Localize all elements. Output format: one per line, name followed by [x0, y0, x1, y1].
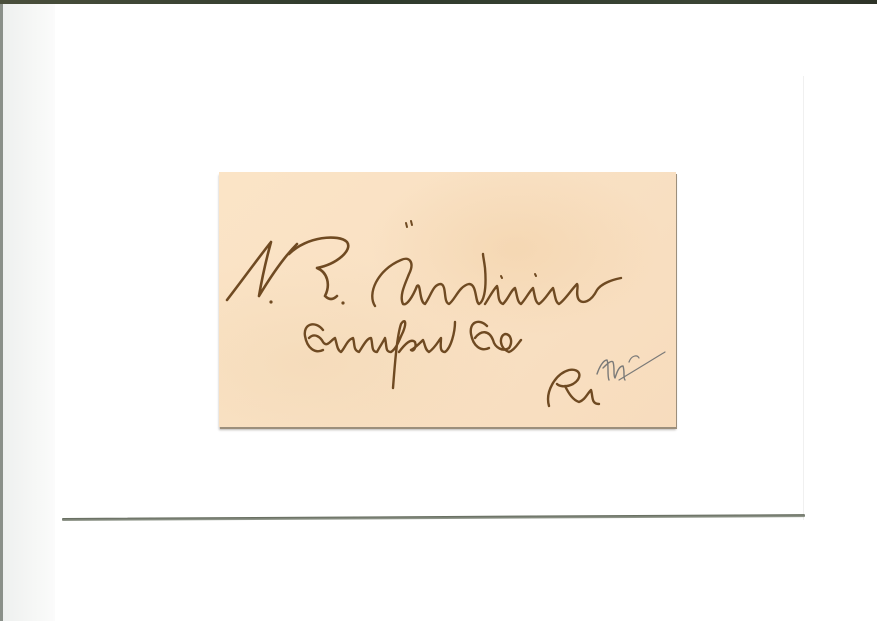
left-edge-shade — [3, 4, 55, 621]
signature-line-state — [548, 370, 599, 406]
signature-line-name — [227, 221, 621, 306]
autograph-card: W. R. Andrews Crawford Co Pa MC — [219, 172, 676, 427]
top-edge-strip — [0, 0, 877, 4]
pencil-note — [597, 352, 665, 380]
signature-line-county — [305, 321, 521, 388]
handwriting-drawing — [219, 172, 676, 427]
